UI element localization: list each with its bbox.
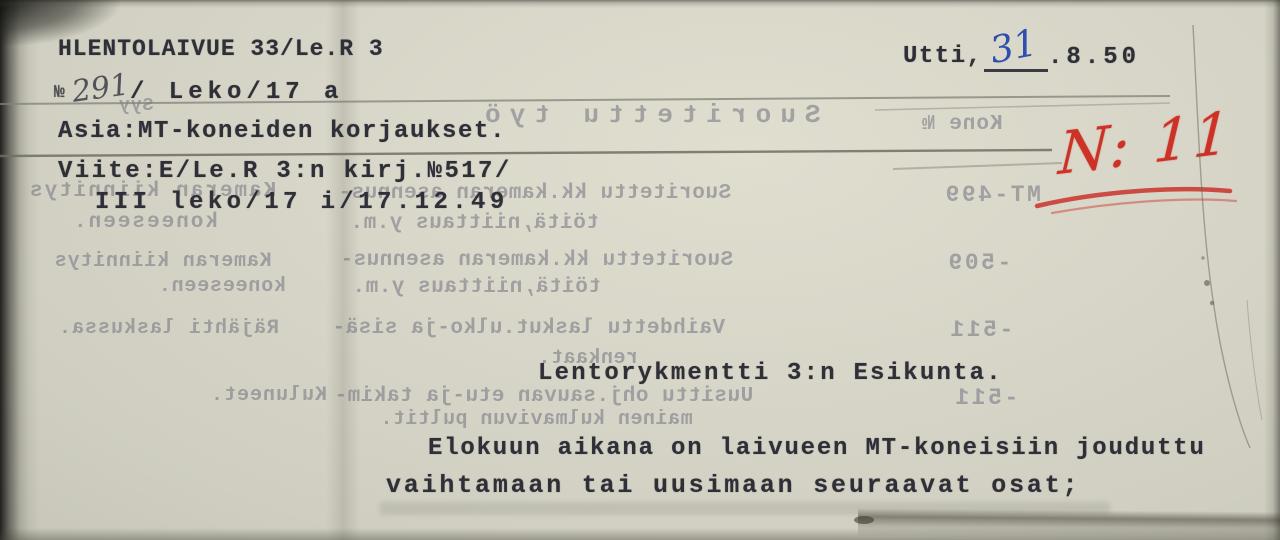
bleed-row-kone: -511 [948,319,1013,342]
bleed-header-kone: Kone № [921,114,1003,135]
bleed-row-tyo-line1: Vaihdettu laskut.ulko-ja sisä- [332,318,725,339]
body-line-1: Elokuun aikana on laivueen MT-koneisiin … [428,437,1206,461]
handwritten-document-number: 291 [70,70,131,108]
handwritten-day-blue: 31 [987,24,1040,69]
bleed-row-kone: -511 [953,387,1018,410]
reference-line-1: Viite:E/Le.R 3:n kirj.№517/ [58,160,512,184]
red-underline-mark-2 [1052,200,1236,214]
paper-crease-line [1193,25,1250,448]
bleed-row-tyo-line1: Suoritettu kk.kameran asennus- [340,250,733,271]
bleed-row-syy-line1: Räjähti laskussa. [58,319,279,339]
bleed-row-tyo-line2: töitä,niittaus y.m. [350,213,599,234]
right-scan-edge [1264,0,1280,540]
scan-speck [854,516,874,524]
paper-crease-line-2 [1247,300,1262,420]
addressee-line: Lentorykmentti 3:n Esikunta. [538,362,1003,386]
bleed-table-header-line [893,163,1062,169]
bleed-table-top-line [875,103,1170,110]
bleed-row-tyo-line2: töitä,niittaus y.m. [352,277,601,298]
bottom-right-page-streak [858,508,1280,540]
top-scan-edge [0,0,1280,8]
scan-speck [1201,256,1205,260]
letterhead-unit: HLENTOLAIVUE 33/Le.R 3 [58,38,384,61]
bleed-header-tyo: Suoritettu työ [476,102,820,128]
bleed-row-tyo-line1: Uusittu ohj.sauvan etu-ja takim- [334,386,753,407]
number-line-text: / Leko/17 a [130,81,343,105]
bottom-scan-edge [0,528,1280,540]
scanned-document-page: Syy Suoritettu työ Kone № MT-499 Suorite… [0,0,1280,540]
dateline-suffix: .8.50 [1048,46,1140,70]
bleed-row-syy-line2: koneeseen. [158,277,286,297]
reference-line-2: III leko/17 i/17.12.49 [95,191,509,215]
bleed-row-kone: MT-499 [943,184,1041,207]
ruled-line-under-subject [0,150,1052,156]
red-number-annotation: N: 11 [1057,103,1234,183]
bleed-row-tyo-line2: mainen kulmavivun pultit. [380,410,693,430]
subject-line: Asia:MT-koneiden korjaukset. [58,120,506,144]
dateline-place: Utti, [903,45,983,69]
bleed-row-syy-line1: Kuluneet. [210,386,327,406]
scan-speck [1204,280,1210,286]
bleed-row-kone: -509 [946,252,1011,275]
left-scan-edge [0,0,40,540]
red-underline-mark [1037,189,1230,206]
number-symbol: № [54,84,65,102]
scan-speck [1210,301,1214,305]
bottom-body-smudge [380,502,1110,515]
bleed-row-syy-line1: Kameran kiinnitys [54,252,272,272]
body-line-2: vaihtamaan tai uusimaan seuraavat osat; [386,473,1080,498]
